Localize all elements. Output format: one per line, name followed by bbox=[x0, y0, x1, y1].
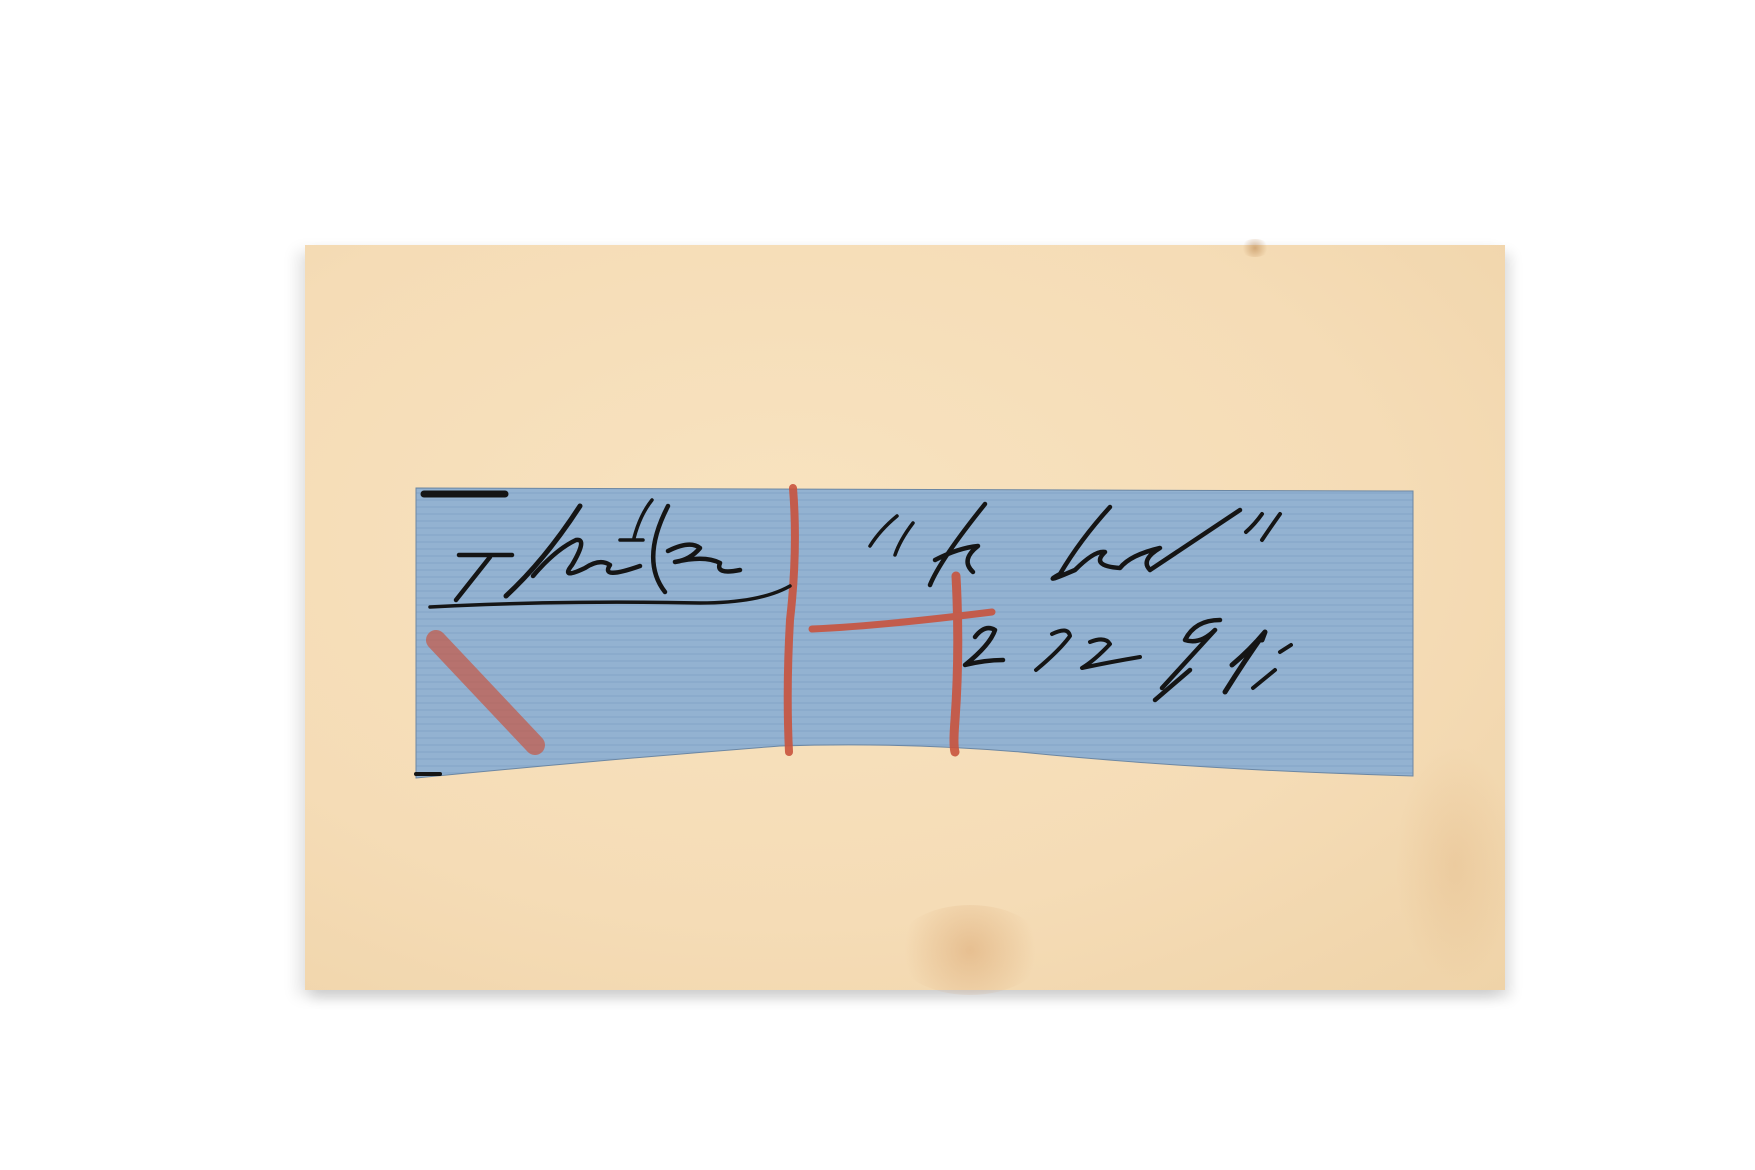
blue-slip bbox=[0, 0, 1755, 1170]
